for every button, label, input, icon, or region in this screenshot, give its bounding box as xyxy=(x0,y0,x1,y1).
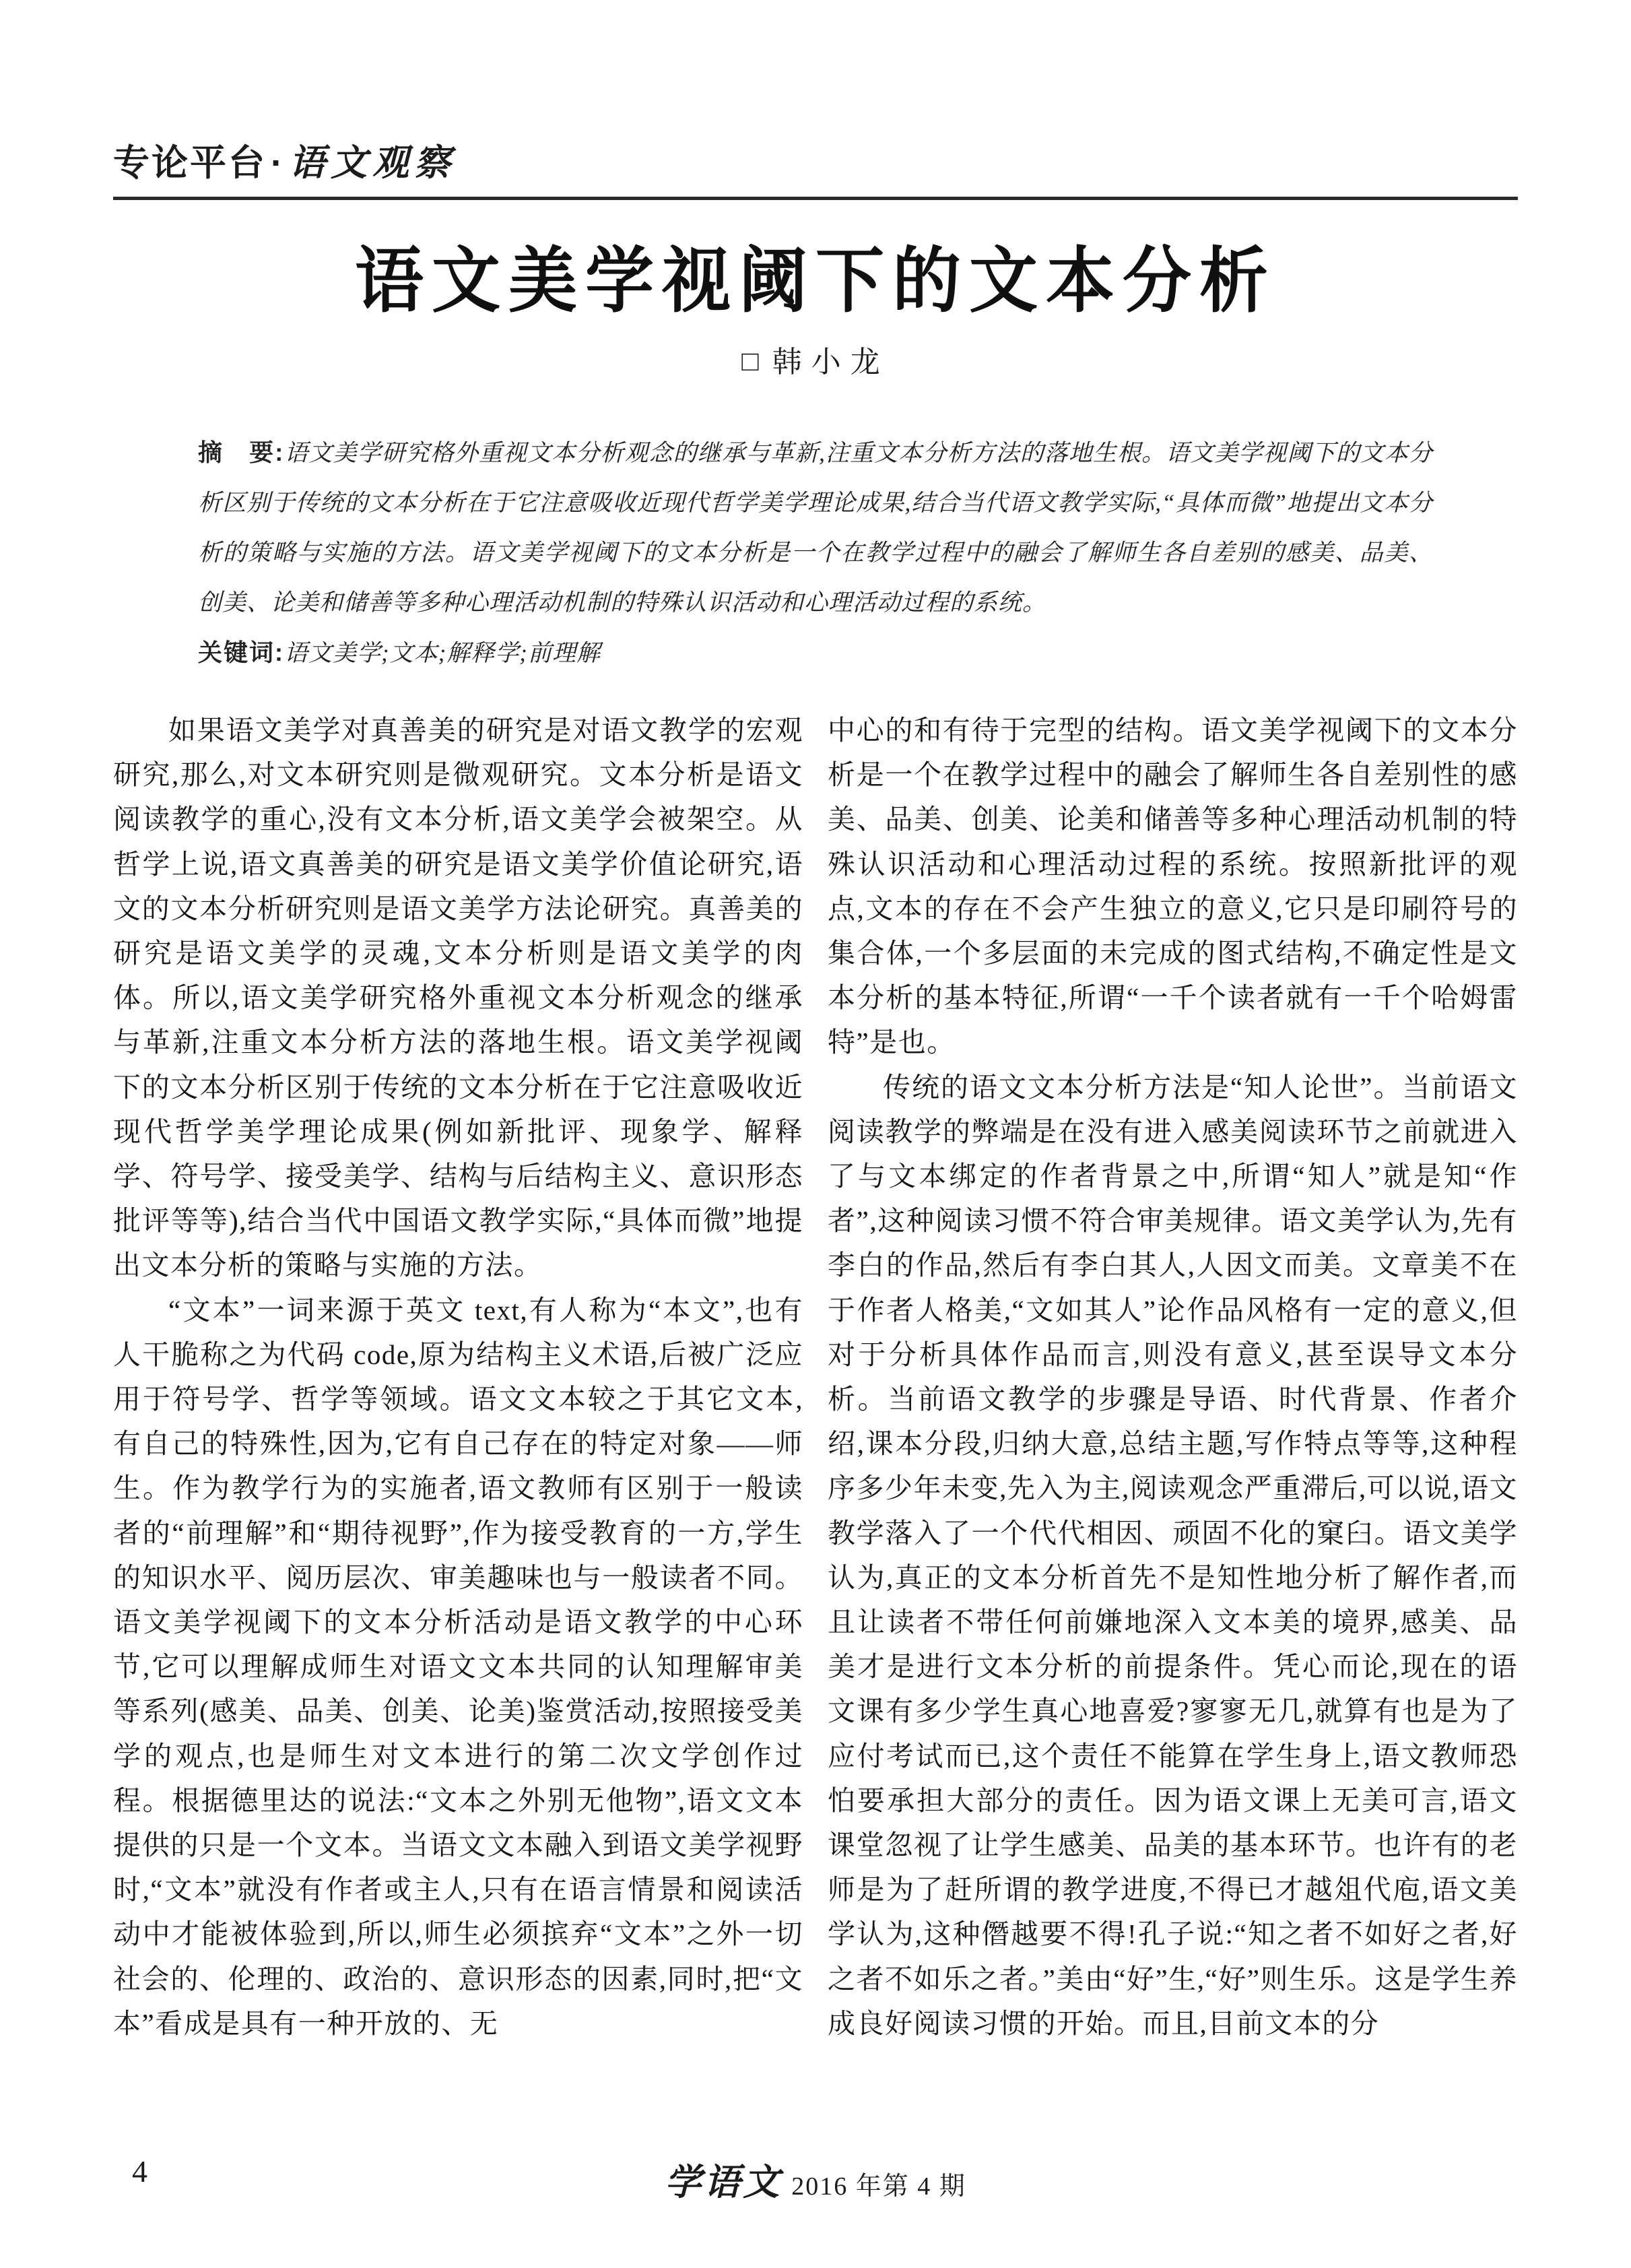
kicker-main: 专论平台 xyxy=(113,143,267,183)
journal-imprint: 学语文2016 年第 4 期 xyxy=(665,2153,966,2205)
author-box-icon: □ xyxy=(741,346,758,377)
journal-page: 专论平台·语文观察 语文美学视阈下的文本分析 □韩小龙 摘 要:语文美学研究格外… xyxy=(0,0,1631,2268)
page-number: 4 xyxy=(132,2153,147,2189)
author-name: 韩小龙 xyxy=(772,346,890,379)
journal-issue: 2016 年第 4 期 xyxy=(791,2172,966,2201)
body-columns: 如果语文美学对真善美的研究是对语文教学的宏观研究,那么,对文本研究则是微观研究。… xyxy=(113,708,1518,2136)
abstract-label: 摘 要: xyxy=(198,439,284,466)
keywords-line: 关键词:语文美学;文本;解释学;前理解 xyxy=(198,628,1433,678)
abstract-paragraph: 摘 要:语文美学研究格外重视文本分析观念的继承与革新,注重文本分析方法的落地生根… xyxy=(198,428,1433,628)
abstract-text: 语文美学研究格外重视文本分析观念的继承与革新,注重文本分析方法的落地生根。语文美… xyxy=(198,440,1433,616)
paragraph: “文本”一词来源于英文 text,有人称为“本文”,也有人干脆称之为代码 cod… xyxy=(113,1288,803,2046)
page-footer: 4 学语文2016 年第 4 期 xyxy=(113,2153,1518,2207)
paragraph-continuation: 中心的和有待于完型的结构。语文美学视阈下的文本分析是一个在教学过程中的融会了解师… xyxy=(828,708,1518,1065)
byline: □韩小龙 xyxy=(113,337,1518,381)
keywords-text: 语文美学;文本;解释学;前理解 xyxy=(284,640,601,666)
journal-name: 学语文 xyxy=(665,2162,782,2203)
column-right: 中心的和有待于完型的结构。语文美学视阈下的文本分析是一个在教学过程中的融会了解师… xyxy=(828,708,1518,2136)
header-rule xyxy=(113,197,1518,200)
keywords-label: 关键词: xyxy=(198,639,284,666)
column-left: 如果语文美学对真善美的研究是对语文教学的宏观研究,那么,对文本研究则是微观研究。… xyxy=(113,708,803,2136)
abstract-block: 摘 要:语文美学研究格外重视文本分析观念的继承与革新,注重文本分析方法的落地生根… xyxy=(198,428,1433,678)
kicker-sub: 语文观察 xyxy=(289,143,456,183)
section-kicker: 专论平台·语文观察 xyxy=(113,141,1518,185)
article-title: 语文美学视阈下的文本分析 xyxy=(113,242,1518,320)
kicker-separator-dot: · xyxy=(267,143,289,183)
paragraph: 如果语文美学对真善美的研究是对语文教学的宏观研究,那么,对文本研究则是微观研究。… xyxy=(113,708,803,1288)
paragraph: 传统的语文文本分析方法是“知人论世”。当前语文阅读教学的弊端是在没有进入感美阅读… xyxy=(828,1065,1518,2046)
page-header: 专论平台·语文观察 xyxy=(113,141,1518,200)
